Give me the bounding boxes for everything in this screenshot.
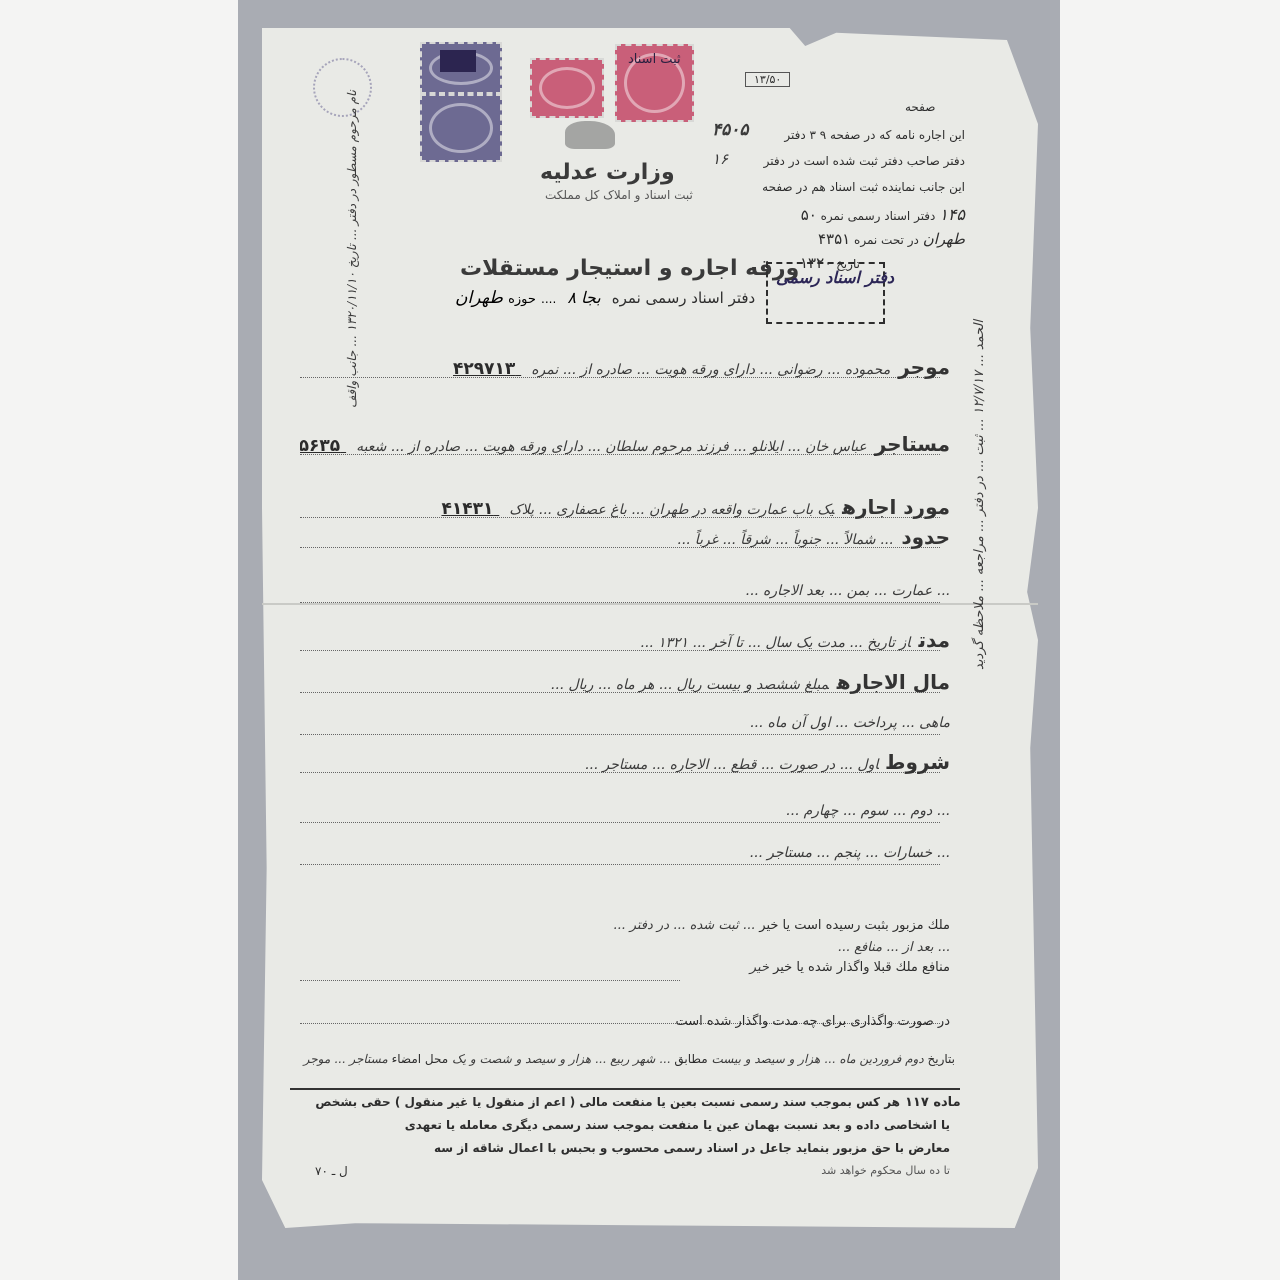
field-value: محموده ... رضوانی ... دارای ورقه هویت ..… [531,362,890,378]
right-margin-note: الحمد ... ۱۲/۷/۱۷ ... ثبت ... در دفتر ..… [972,320,987,1010]
field-label: موجر [898,355,950,379]
register-office-label: دفتر اسناد رسمی نمره [821,209,936,223]
field-label: شروط [887,750,950,774]
ministry-sub: ثبت اسناد و املاک کل مملکت [545,188,693,202]
date-label: بتاريخ [928,1052,956,1066]
dotted-line [300,980,680,981]
signature-place-value: مستاجر ... موجر [304,1052,388,1066]
field-number: ۴۲۹۷۱۳ [453,359,521,379]
field-value: اول ... در صورت ... قطع ... الاجاره ... … [585,757,879,773]
page-heading: صفحه [905,100,935,114]
article-text-2: یا اشخاصی داده و بعد نسبت بهمان عین یا م… [290,1118,950,1132]
prior-transfer-value: خیر [750,960,769,975]
revenue-stamp-purple [420,94,502,162]
paper-fold [262,603,1038,605]
date-value: دوم فروردین ماه ... هزار و سیصد و بیست [712,1052,924,1066]
field-row: مال الاجارهمبلغ ششصد و بیست ریال ... هر … [300,670,950,694]
field-row: موجرمحموده ... رضوانی ... دارای ورقه هوی… [300,355,950,379]
office-label: دفتر اسناد رسمی نمره [612,289,755,307]
date-line: بتاريخ دوم فروردین ماه ... هزار و سیصد و… [275,1052,955,1066]
property-registered-label: ملك مزبور بثبت رسيده است يا خير [759,918,950,933]
office-number: بجا ۸ [567,288,600,307]
handnote-number: ۴۵۰۵ [712,120,749,140]
field-value: عباس خان ... ایلانلو ... فرزند مرحوم سلط… [356,439,867,455]
field-value: ماهی ... پرداخت ... اول آن ماه ... [750,715,950,731]
office-stamp: دفتر اسناد رسمی [776,268,894,287]
prior-transfer-label: منافع ملك قبلا واگذار شده يا خير [773,960,950,975]
register-line-2: دفتر صاحب دفتر ثبت شده است در دفتر [700,154,965,168]
article-text-3: معارض با حق مزبور بنماید جاعل در اسناد ر… [290,1141,950,1155]
field-value: ... عمارت ... بمن ... بعد الاجاره ... [745,583,950,599]
prior-transfer-line: منافع ملك قبلا واگذار شده يا خير خیر [330,960,950,975]
register-line-5: طهران در تحت نمره ۴۳۵۱ [720,230,965,248]
handnote-page: ۱۶ [712,150,728,168]
field-row: ... عمارت ... بمن ... بعد الاجاره ... [300,580,950,599]
article-text-4: تا ده سال محکوم خواهد شد [600,1164,950,1177]
property-registered-line: ملك مزبور بثبت رسيده است يا خير ... ثبت … [330,918,950,933]
stamp-ref: ۱۳/۵۰ [745,72,790,87]
lion-and-sun-emblem-icon [565,121,615,149]
field-label: مال الاجاره [837,670,950,694]
handnote-side: ۱۴۵ [939,205,965,224]
signature-place-label: محل امضاء [392,1052,449,1066]
article-heading: ماده ۱۱۷ [905,1095,961,1110]
divider [290,1088,960,1090]
article-text-1: هر کس بموجب سند رسمی نسبت بعین یا منفعت … [290,1095,900,1109]
page-title: ورقه اجاره و استیجار مستقلات [460,256,799,281]
field-value: یک باب عمارت واقعه در طهران ... باغ عصفا… [509,502,834,518]
field-label: مورد اجاره [842,495,950,519]
field-value: ... شمالاً ... جنوباً ... شرقاً ... غربا… [677,532,893,548]
property-registered-line-2: ... بعد از ... منافع ... [330,940,950,955]
district-label: حوزه [508,292,536,307]
form-code: ل ـ ۷۰ [315,1164,348,1178]
register-office-value: ۵۰ [801,206,817,224]
field-value: ... خسارات ... پنجم ... مستاجر ... [749,845,950,861]
register-number-label: در تحت نمره [854,233,919,247]
register-number-value: ۴۳۵۱ [818,230,850,248]
corresponds-value: ... شهر ربیع ... هزار و سیصد و شصت و یک [452,1052,671,1066]
handnote-city: طهران [923,230,965,248]
property-registered-value: ... ثبت شده ... در دفتر ... [613,918,755,933]
corresponds-label: مطابق [674,1052,707,1066]
ministry-name: وزارت عدلیه [540,160,675,185]
field-number: ۴۵۶۳۵ [300,436,346,456]
cancellation-mark [440,50,476,72]
field-label: حدود [901,525,950,549]
transfer-duration-line: در صورت واگذاری برای چه مدت واگذار شده ا… [500,1014,950,1029]
field-row: ... دوم ... سوم ... چهارم ... [300,800,950,819]
office-line: دفتر اسناد رسمی نمره بجا ۸ .... حوزه طهر… [455,288,755,308]
field-value: مبلغ ششصد و بیست ریال ... هر ماه ... ریا… [551,677,829,693]
field-row: شروطاول ... در صورت ... قطع ... الاجاره … [300,750,950,774]
revenue-stamp-red [530,58,604,118]
field-row: مدتاز تاریخ ... مدت یک سال ... تا آخر ..… [300,628,950,652]
field-label: مستاجر [875,432,950,456]
dotted-line [300,864,940,865]
register-line-3: این جانب نماینده ثبت اسناد هم در صفحه [700,180,965,194]
field-label: مدت [919,628,950,652]
field-row: ... خسارات ... پنجم ... مستاجر ... [300,842,950,861]
dotted-line [300,822,940,823]
field-row: حدود... شمالاً ... جنوباً ... شرقاً ... … [300,525,950,549]
field-value: از تاریخ ... مدت یک سال ... تا آخر ... ۱… [640,635,910,651]
field-value: ... دوم ... سوم ... چهارم ... [786,803,950,819]
register-line-4: ۱۴۵ دفتر اسناد رسمی نمره ۵۰ [720,205,965,224]
field-row: ماهی ... پرداخت ... اول آن ماه ... [300,712,950,731]
field-number: ۴۱۴۳۱ [441,499,499,519]
field-row: مستاجرعباس خان ... ایلانلو ... فرزند مرح… [300,432,950,456]
stamp-cancel-label: ثبت اسناد [628,52,681,67]
dotted-line [300,602,940,603]
seal-icon [313,58,372,117]
field-row: مورد اجارهیک باب عمارت واقعه در طهران ..… [300,495,950,519]
district-value: طهران [455,288,503,308]
left-margin-note: نام مرحوم مسطور در دفتر ... تاریخ ۱۳۲۰/۱… [345,90,359,290]
dotted-line [300,734,940,735]
